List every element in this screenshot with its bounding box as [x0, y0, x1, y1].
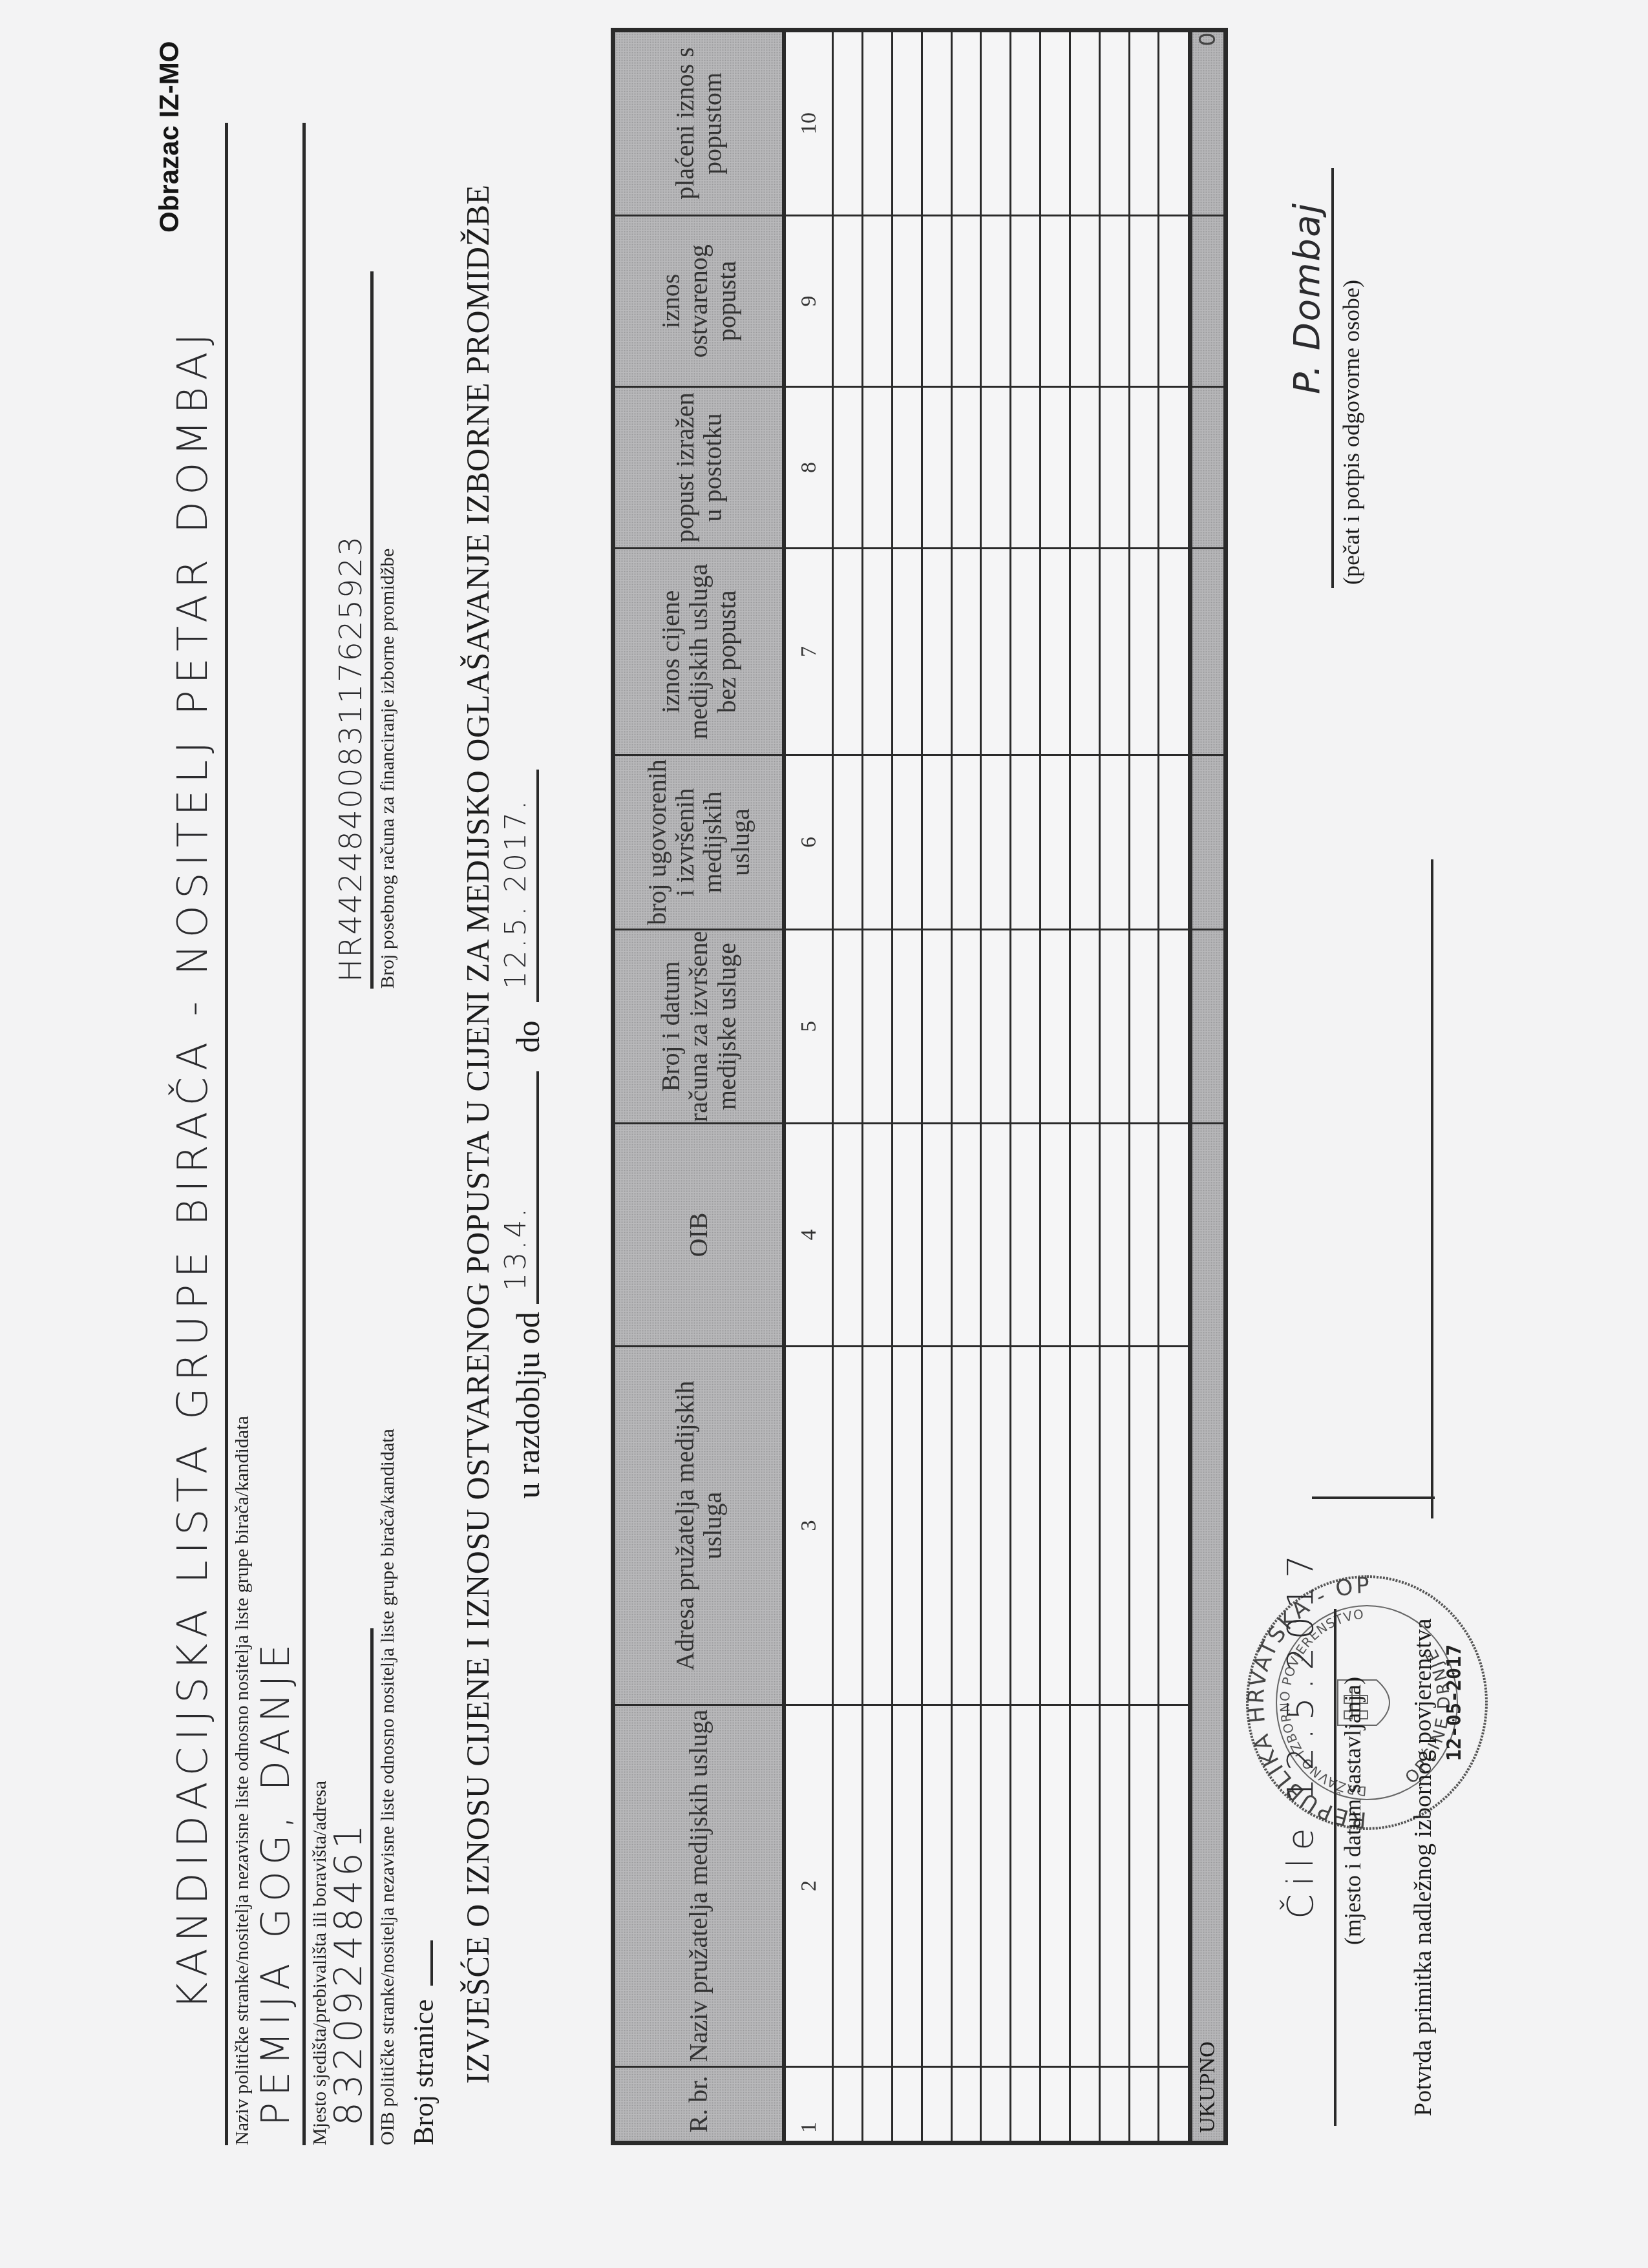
table-cell[interactable] [981, 387, 1011, 549]
table-cell[interactable] [1159, 216, 1190, 387]
table-cell[interactable] [833, 1705, 863, 2067]
table-cell[interactable] [1070, 216, 1099, 387]
signature-caption: (pečat i potpis odgovorne osobe) [1338, 280, 1365, 585]
oib-line [370, 1628, 374, 2145]
receipt-line[interactable] [1431, 859, 1433, 1518]
table-cell[interactable] [833, 930, 863, 1124]
table-cell[interactable] [892, 387, 922, 549]
table-cell[interactable] [1099, 930, 1129, 1124]
table-cell[interactable] [922, 1705, 951, 2067]
oib-label: OIB političke stranke/nositelja nezavisn… [377, 1429, 399, 2145]
table-cell[interactable] [922, 2067, 951, 2143]
table-cell[interactable] [1041, 1705, 1070, 2067]
table-cell[interactable] [1011, 1347, 1041, 1705]
table-cell[interactable] [951, 930, 981, 1124]
table-cell[interactable] [1041, 387, 1070, 549]
table-cell[interactable] [922, 1347, 951, 1705]
table-cell[interactable] [892, 1705, 922, 2067]
table-cell[interactable] [1129, 930, 1159, 1124]
total-cell[interactable] [1190, 930, 1225, 1124]
column-number-9: 9 [784, 216, 833, 387]
column-header-8: popust izražen u postotku [613, 387, 785, 549]
period-to-field[interactable]: 12.5. 2017. [508, 770, 539, 1002]
address-value[interactable]: PEMIJA GOG, DANJE [253, 1638, 299, 2126]
table-cell[interactable] [1129, 549, 1159, 755]
table-cell[interactable] [1070, 549, 1099, 755]
table-cell[interactable] [981, 1705, 1011, 2067]
table-cell[interactable] [1011, 755, 1041, 930]
table-cell[interactable] [892, 1124, 922, 1347]
table-cell[interactable] [1041, 2067, 1070, 2143]
table-cell[interactable] [922, 1124, 951, 1347]
column-header-4: OIB [613, 1124, 785, 1347]
table-cell[interactable] [1011, 930, 1041, 1124]
table-cell[interactable] [863, 549, 893, 755]
total-value[interactable]: 0 [1190, 30, 1225, 216]
table-cell[interactable] [1159, 755, 1190, 930]
account-value[interactable]: HR4424840083117625923 [333, 535, 369, 982]
report-table: R. br.Naziv pružatelja medijskih uslugaA… [611, 28, 1228, 2145]
table-cell[interactable] [981, 1347, 1011, 1705]
table-cell[interactable] [1129, 1705, 1159, 2067]
column-number-8: 8 [784, 387, 833, 549]
table-cell[interactable] [1041, 30, 1070, 216]
table-cell[interactable] [892, 930, 922, 1124]
receipt-caption: Potvrda primitka nadležnog izbornog povj… [1409, 1619, 1437, 2116]
table-cell[interactable] [1011, 1124, 1041, 1347]
table-cell[interactable] [892, 755, 922, 930]
table-cell[interactable] [1099, 549, 1129, 755]
table-cell[interactable] [863, 30, 893, 216]
table-cell[interactable] [1041, 216, 1070, 387]
table-cell[interactable] [981, 216, 1011, 387]
table-cell[interactable] [863, 387, 893, 549]
column-header-3: Adresa pružatelja medijskih usluga [613, 1347, 785, 1705]
column-number-1: 1 [784, 2067, 833, 2143]
period-from-field[interactable]: 13.4. [508, 1071, 539, 1304]
table-cell[interactable] [1041, 1124, 1070, 1347]
form-page: Obrazac IZ-MO KANDIDACIJSKA LISTA GRUPE … [0, 0, 1648, 2268]
column-number-row: 12345678910 [784, 30, 833, 2143]
table-cell[interactable] [1070, 1124, 1099, 1347]
report-title: IZVJEŠĆE O IZNOSU CIJENE I IZNOSU OSTVAR… [459, 123, 496, 2145]
signature-line [1331, 168, 1334, 588]
party-name-line [225, 123, 228, 2145]
table-cell[interactable] [1041, 930, 1070, 1124]
table-cell[interactable] [951, 1124, 981, 1347]
column-number-3: 3 [784, 1347, 833, 1705]
place-date-caption: (mjesto i datum sastavljanja) [1339, 1677, 1366, 1945]
party-name-label: Naziv političke stranke/nositelja nezavi… [231, 1416, 253, 2145]
table-cell[interactable] [1099, 1124, 1129, 1347]
table-cell[interactable] [951, 1705, 981, 2067]
table-cell[interactable] [833, 755, 863, 930]
column-header-2: Naziv pružatelja medijskih usluga [613, 1705, 785, 2067]
table-row [863, 30, 893, 2143]
table-cell[interactable] [1129, 30, 1159, 216]
table-cell[interactable] [1011, 549, 1041, 755]
table-cell[interactable] [863, 1705, 893, 2067]
account-line [370, 271, 374, 989]
table-cell[interactable] [1099, 1705, 1129, 2067]
place-date-line [1334, 1609, 1336, 2126]
table-cell[interactable] [833, 2067, 863, 2143]
table-cell[interactable] [833, 30, 863, 216]
table-row [1159, 30, 1190, 2143]
period-to-value: 12.5. 2017. [500, 798, 533, 989]
table-row [1070, 30, 1099, 2143]
oib-value[interactable]: 83209248461 [326, 1821, 370, 2126]
signature-value[interactable]: P. Dombaj [1286, 202, 1328, 394]
table-cell[interactable] [981, 755, 1011, 930]
table-cell[interactable] [863, 1347, 893, 1705]
table-row [1129, 30, 1159, 2143]
table-cell[interactable] [951, 1347, 981, 1705]
table-cell[interactable] [1099, 387, 1129, 549]
table-row [1011, 30, 1041, 2143]
table-header-row: R. br.Naziv pružatelja medijskih uslugaA… [613, 30, 785, 2143]
column-header-7: iznos cijene medijskih usluga bez popust… [613, 549, 785, 755]
table-cell[interactable] [1041, 1347, 1070, 1705]
table-cell[interactable] [1011, 216, 1041, 387]
table-cell[interactable] [892, 30, 922, 216]
table-cell[interactable] [1099, 2067, 1129, 2143]
table-cell[interactable] [863, 930, 893, 1124]
table-cell[interactable] [1159, 387, 1190, 549]
table-cell[interactable] [1159, 1124, 1190, 1347]
table-cell[interactable] [833, 1347, 863, 1705]
report-period: u razdoblju od 13.4. do 12.5. 2017. [508, 123, 547, 2145]
period-prefix: u razdoblju od [510, 1312, 546, 1498]
table-row [892, 30, 922, 2143]
table-cell[interactable] [1070, 1705, 1099, 2067]
table-cell[interactable] [922, 30, 951, 216]
table-cell[interactable] [922, 216, 951, 387]
table-cell[interactable] [1099, 216, 1129, 387]
table-cell[interactable] [1070, 30, 1099, 216]
table-cell[interactable] [1099, 755, 1129, 930]
table-row [833, 30, 863, 2143]
table-cell[interactable] [1129, 755, 1159, 930]
table-cell[interactable] [863, 216, 893, 387]
table-cell[interactable] [1011, 2067, 1041, 2143]
table-row [1099, 30, 1129, 2143]
column-number-6: 6 [784, 755, 833, 930]
table-cell[interactable] [1011, 30, 1041, 216]
column-header-10: plaćeni iznos s popustom [613, 30, 785, 216]
table-cell[interactable] [1070, 387, 1099, 549]
table-cell[interactable] [981, 2067, 1011, 2143]
table-cell[interactable] [833, 387, 863, 549]
column-header-6: broj ugovorenih i izvršenih medijskih us… [613, 755, 785, 930]
table-cell[interactable] [833, 549, 863, 755]
column-number-10: 10 [784, 30, 833, 216]
table-cell[interactable] [833, 216, 863, 387]
table-cell[interactable] [922, 930, 951, 1124]
period-middle: do [510, 1020, 546, 1053]
table-cell[interactable] [1070, 1347, 1099, 1705]
table-cell[interactable] [951, 2067, 981, 2143]
table-cell[interactable] [981, 549, 1011, 755]
period-from-value: 13.4. [500, 1206, 533, 1291]
table-cell[interactable] [833, 1124, 863, 1347]
column-number-4: 4 [784, 1124, 833, 1347]
table-cell[interactable] [922, 387, 951, 549]
table-cell[interactable] [1070, 930, 1099, 1124]
column-header-5: Broj i datum računa za izvršene medijske… [613, 930, 785, 1124]
table-cell[interactable] [863, 755, 893, 930]
table-cell[interactable] [1159, 549, 1190, 755]
party-name-value[interactable]: KANDIDACIJSKA LISTA GRUPE BIRAČA - NOSIT… [169, 327, 217, 2010]
stamp-date: 12-05-2017 [1443, 1644, 1466, 1761]
total-label: UKUPNO [1190, 1124, 1225, 2143]
page-number-input[interactable] [402, 1940, 433, 1986]
table-cell[interactable] [951, 387, 981, 549]
address-line [302, 123, 306, 2145]
table-cell[interactable] [892, 549, 922, 755]
table-cell[interactable] [951, 30, 981, 216]
table-cell[interactable] [1099, 30, 1129, 216]
table-cell[interactable] [981, 1124, 1011, 1347]
table-cell[interactable] [1129, 2067, 1159, 2143]
column-header-1: R. br. [613, 2067, 785, 2143]
table-cell[interactable] [1099, 1347, 1129, 1705]
table-cell[interactable] [1041, 755, 1070, 930]
column-number-5: 5 [784, 930, 833, 1124]
table-cell[interactable] [1129, 216, 1159, 387]
table-cell[interactable] [981, 930, 1011, 1124]
table-cell[interactable] [951, 549, 981, 755]
table-cell[interactable] [951, 755, 981, 930]
table-cell[interactable] [1011, 387, 1041, 549]
account-label: Broj posebnog računa za financiranje izb… [377, 549, 399, 989]
table-cell[interactable] [922, 755, 951, 930]
form-code: Obrazac IZ-MO [154, 41, 185, 233]
table-row [922, 30, 951, 2143]
page-number-label: Broj stranice [408, 1999, 439, 2145]
table-cell[interactable] [1041, 549, 1070, 755]
table-cell[interactable] [1011, 1705, 1041, 2067]
table-cell[interactable] [1159, 1705, 1190, 2067]
table-cell[interactable] [1129, 1347, 1159, 1705]
table-cell[interactable] [922, 549, 951, 755]
table-cell[interactable] [1129, 387, 1159, 549]
total-row: UKUPNO0 [1190, 30, 1225, 2143]
total-cell[interactable] [1190, 387, 1225, 549]
table-row [951, 30, 981, 2143]
table-cell[interactable] [892, 2067, 922, 2143]
total-cell[interactable] [1190, 216, 1225, 387]
place-date-value[interactable]: Čile 12.5.2017 [1280, 1548, 1322, 1919]
table-cell[interactable] [1159, 2067, 1190, 2143]
total-cell[interactable] [1190, 755, 1225, 930]
table-cell[interactable] [863, 1124, 893, 1347]
table-cell[interactable] [1159, 30, 1190, 216]
table-cell[interactable] [951, 216, 981, 387]
table-cell[interactable] [863, 2067, 893, 2143]
table-row [1041, 30, 1070, 2143]
total-cell[interactable] [1190, 549, 1225, 755]
table-cell[interactable] [1129, 1124, 1159, 1347]
column-number-2: 2 [784, 1705, 833, 2067]
table-cell[interactable] [1070, 2067, 1099, 2143]
table-cell[interactable] [981, 30, 1011, 216]
column-header-9: iznos ostvarenog popusta [613, 216, 785, 387]
table-cell[interactable] [1070, 755, 1099, 930]
receipt-stamp-divider [1312, 1496, 1435, 1499]
table-cell[interactable] [1159, 1347, 1190, 1705]
table-cell[interactable] [1159, 930, 1190, 1124]
column-number-7: 7 [784, 549, 833, 755]
table-cell[interactable] [892, 1347, 922, 1705]
table-cell[interactable] [892, 216, 922, 387]
table-row [981, 30, 1011, 2143]
page-number-field[interactable]: Broj stranice [402, 1940, 440, 2145]
